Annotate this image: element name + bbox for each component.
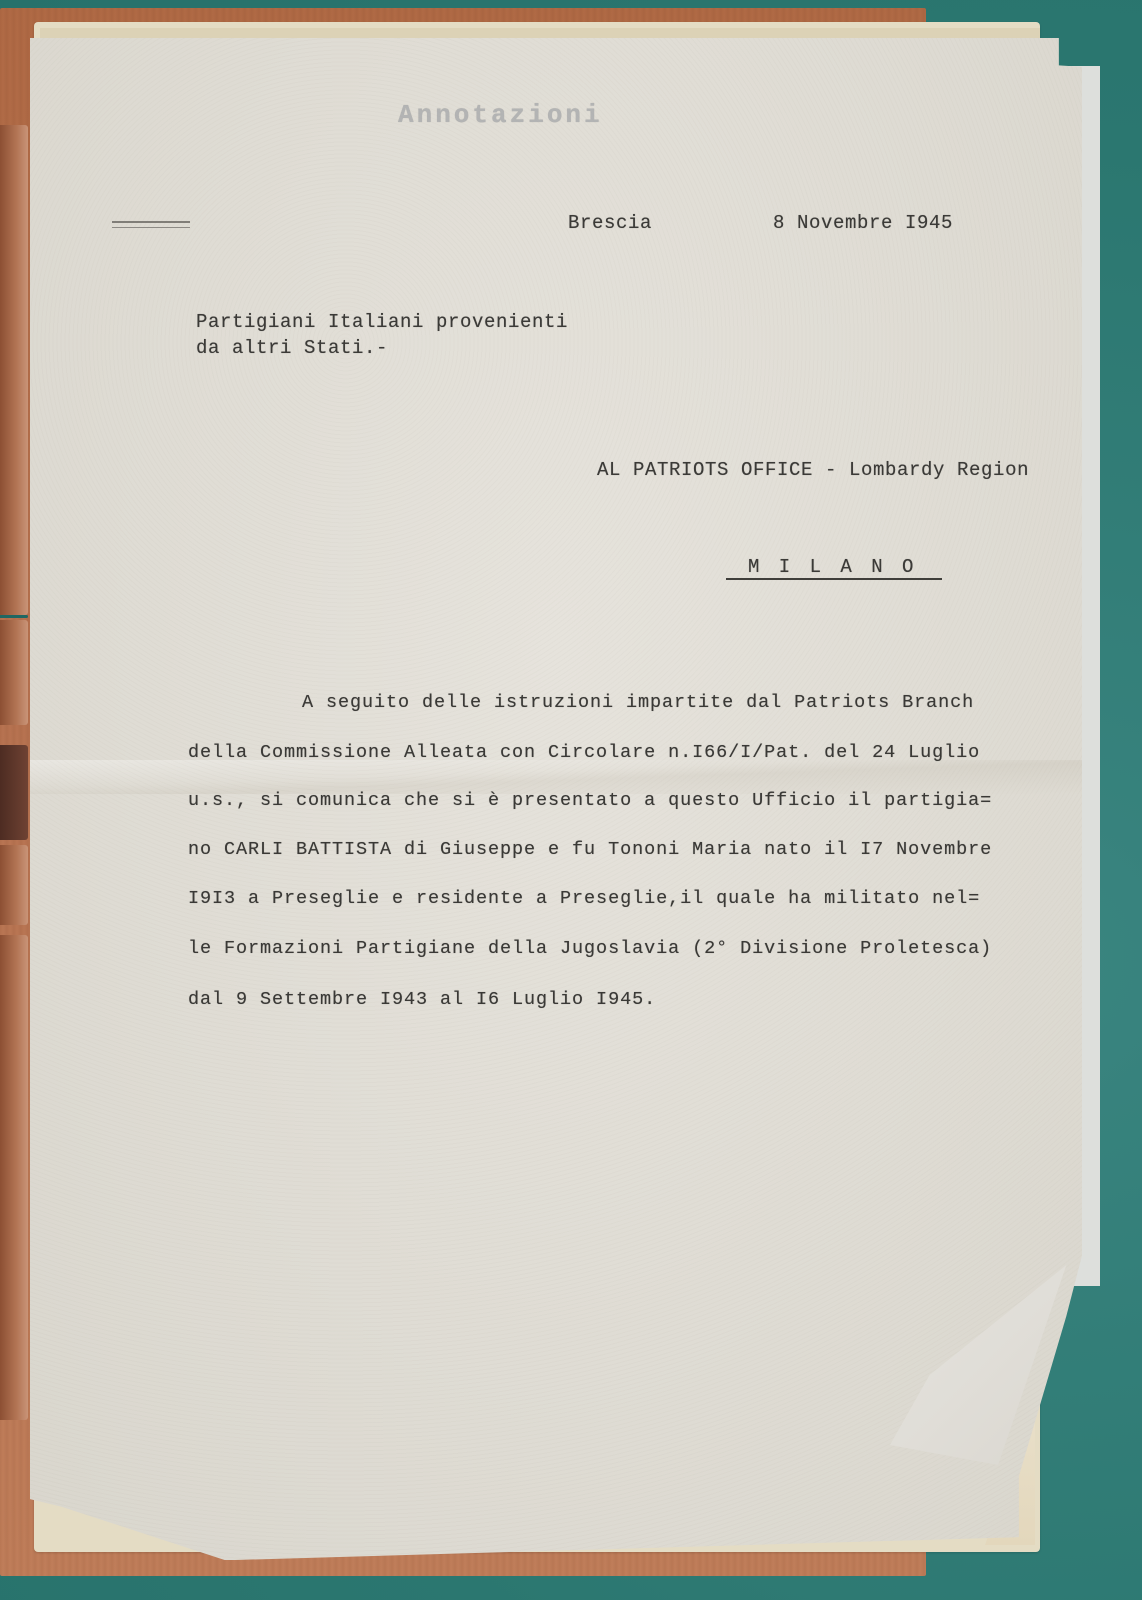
binder-tab xyxy=(0,125,28,615)
subject-line-1: Partigiani Italiani provenienti xyxy=(196,311,568,333)
faded-header: Annotazioni xyxy=(398,100,603,130)
binder-tab xyxy=(0,620,28,725)
binder-tab xyxy=(0,935,28,1420)
recipient-city: M I L A N O xyxy=(748,556,917,578)
body-line: u.s., si comunica che si è presentato a … xyxy=(188,790,992,811)
date: 8 Novembre I945 xyxy=(773,212,953,234)
binder-tab xyxy=(0,745,28,840)
subject-line-2: da altri Stati.- xyxy=(196,337,388,359)
body-line: della Commissione Alleata con Circolare … xyxy=(188,742,980,763)
binder-tab xyxy=(0,845,28,925)
place: Brescia xyxy=(568,212,652,234)
body-line: dal 9 Settembre I943 al I6 Luglio I945. xyxy=(188,989,656,1010)
struck-reference xyxy=(112,221,190,228)
recipient-office: AL PATRIOTS OFFICE - Lombardy Region xyxy=(597,459,1029,481)
body-line: le Formazioni Partigiane della Jugoslavi… xyxy=(188,938,992,959)
fold-crease xyxy=(30,760,1082,794)
body-line: no CARLI BATTISTA di Giuseppe e fu Tonon… xyxy=(188,839,992,860)
body-line: A seguito delle istruzioni impartite dal… xyxy=(302,692,974,713)
city-underline xyxy=(726,578,942,580)
body-line: I9I3 a Preseglie e residente a Preseglie… xyxy=(188,888,980,909)
binder-gap xyxy=(0,615,28,618)
